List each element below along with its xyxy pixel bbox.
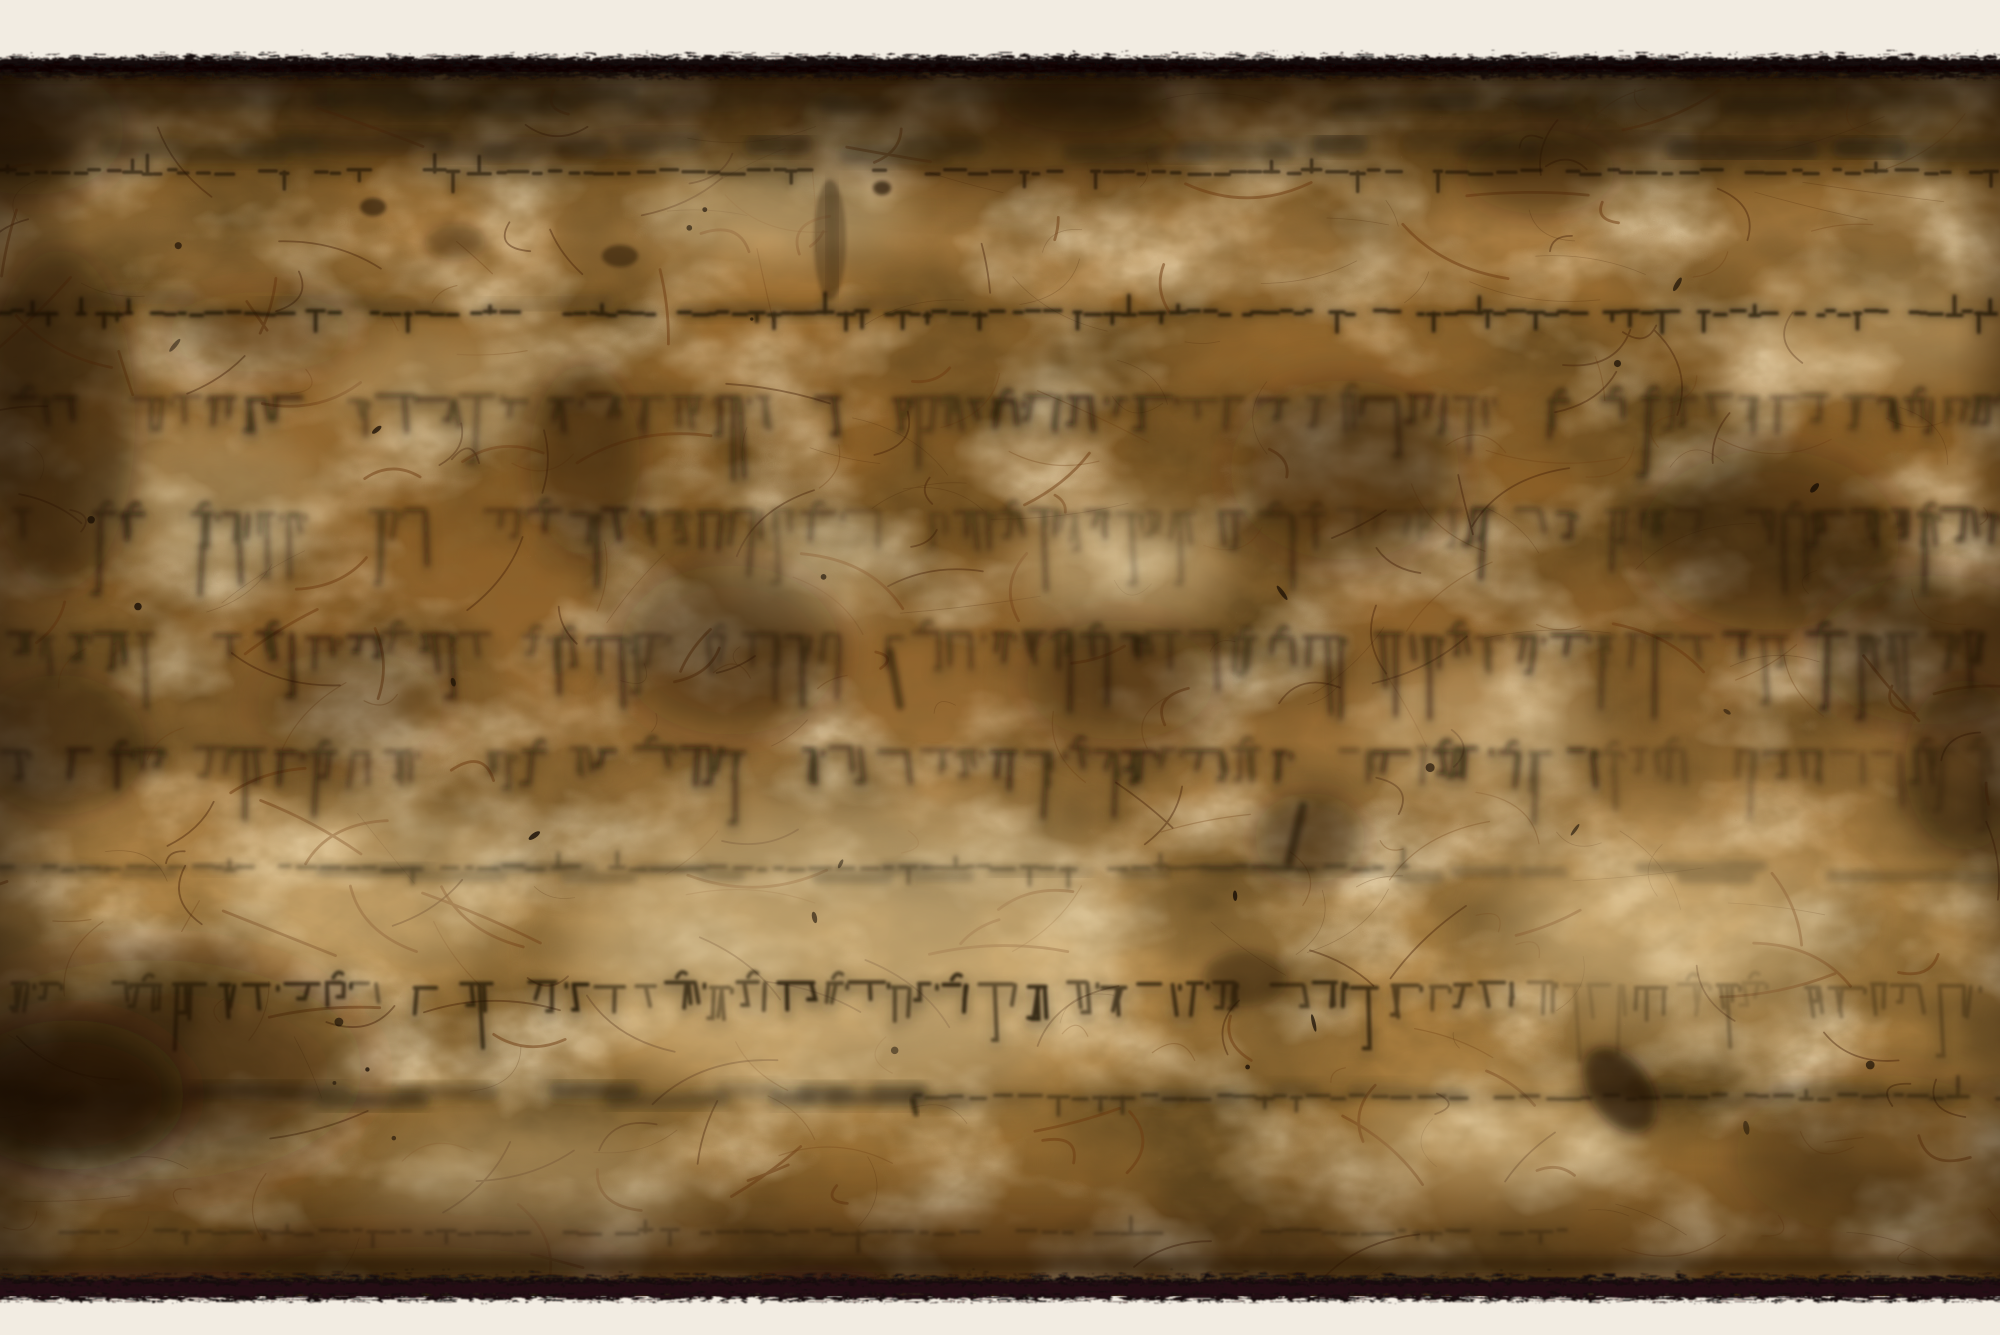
ink-blotch xyxy=(814,180,846,300)
speck xyxy=(365,1067,369,1071)
ink-blotch xyxy=(165,292,355,372)
speck xyxy=(333,1081,337,1085)
speck xyxy=(392,1136,396,1140)
ink-blotch xyxy=(1203,950,1287,1006)
highlight-patch xyxy=(320,335,540,445)
left-shade-band xyxy=(0,62,90,1296)
ink-blotch xyxy=(255,650,445,760)
speck xyxy=(1426,763,1435,772)
ink-blotch xyxy=(602,245,638,267)
ink-blotch xyxy=(1230,380,1460,560)
deckle-edge-bottom xyxy=(0,1256,2000,1296)
speck xyxy=(1245,1065,1250,1070)
speck xyxy=(686,225,692,231)
speck xyxy=(1866,1061,1875,1070)
ink-blotch xyxy=(425,224,485,260)
highlight-patch xyxy=(220,805,520,975)
speck xyxy=(1614,360,1621,367)
manuscript-sheet xyxy=(0,52,2000,1321)
ink-blotch xyxy=(1255,793,1365,883)
manuscript-photo-canvas xyxy=(0,0,2000,1335)
ink-blotch xyxy=(360,198,386,216)
speck xyxy=(821,574,827,580)
ink-stroke-mark xyxy=(913,1100,916,1114)
speck xyxy=(891,1047,898,1054)
speck xyxy=(702,207,707,212)
ink-blotch xyxy=(530,365,640,555)
deckle-edge-top xyxy=(0,54,2000,84)
ink-blotch xyxy=(620,565,840,735)
speck xyxy=(134,603,142,611)
manuscript-photograph xyxy=(0,0,2000,1335)
speck xyxy=(334,1018,343,1027)
ink-blotch xyxy=(1025,620,1215,740)
right-shade-band xyxy=(1955,62,2000,1296)
speck xyxy=(175,242,182,249)
highlight-patch xyxy=(570,800,1130,1100)
speck xyxy=(87,516,94,523)
speck xyxy=(750,317,753,320)
